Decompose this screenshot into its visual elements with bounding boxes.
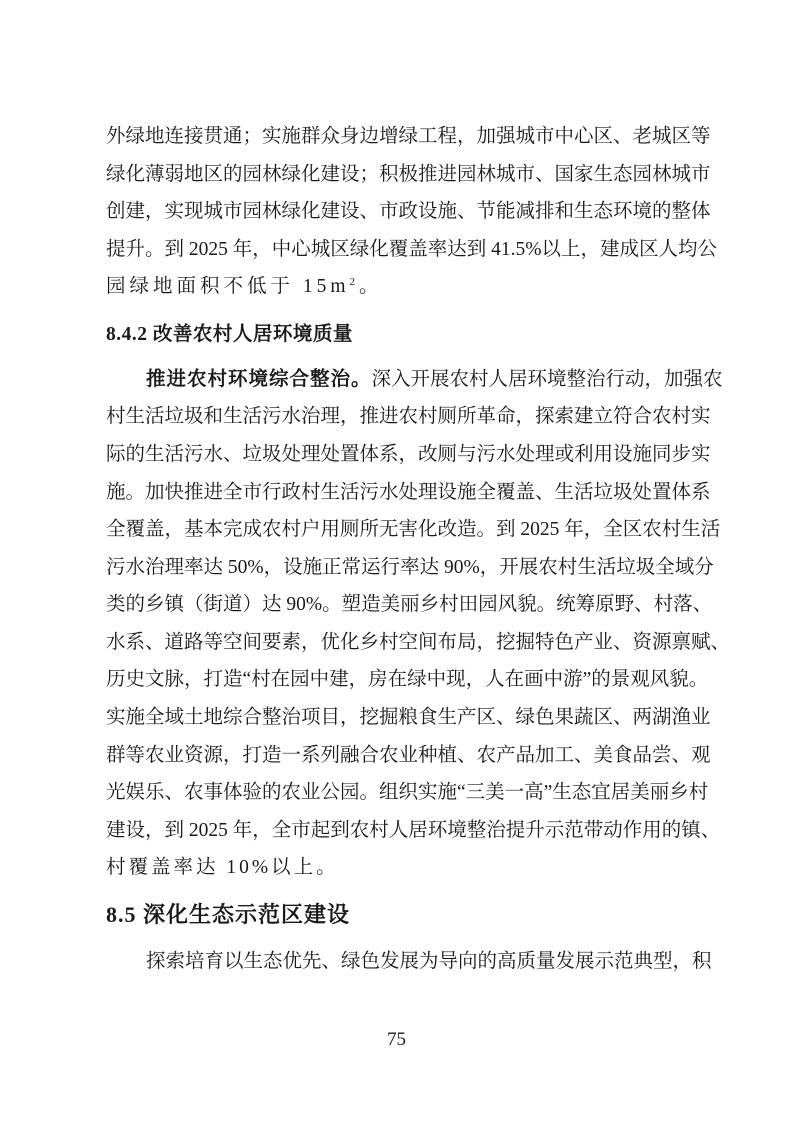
paragraph-line: 群等农业资源，打造一系列融合农业种植、农产品加工、美食品尝、观 — [106, 741, 688, 771]
paragraph-line: 实施全域土地综合整治项目，挖掘粮食生产区、绿色果蔬区、两湖渔业 — [106, 703, 688, 733]
paragraph-line: 全覆盖，基本完成农村户用厕所无害化改造。到 2025 年，全区农村生活 — [106, 515, 688, 545]
section-heading-8-4-2: 8.4.2 改善农村人居环境质量 — [106, 320, 353, 350]
line-text: 。 — [359, 276, 383, 297]
paragraph-first-line: 探索培育以生态优先、绿色发展为导向的高质量发展示范典型，积 — [146, 947, 688, 977]
paragraph-line: 外绿地连接贯通；实施群众身边增绿工程，加强城市中心区、老城区等 — [106, 122, 688, 152]
paragraph-first-line: 推进农村环境综合整治。深入开展农村人居环境整治行动，加强农 — [146, 365, 688, 395]
paragraph-line: 际的生活污水、垃圾处理处置体系，改厕与污水处理或利用设施同步实 — [106, 440, 688, 470]
bold-lead-phrase: 推进农村环境综合整治。 — [146, 369, 372, 390]
paragraph-line: 村生活垃圾和生活污水治理，推进农村厕所革命，探索建立符合农村实 — [106, 402, 688, 432]
paragraph-line-last: 园绿地面积不低于 15m2。 — [106, 272, 688, 302]
paragraph-line: 建设，到 2025 年，全市起到农村人居环境整治提升示范带动作用的镇、 — [106, 816, 688, 846]
section-heading-8-5: 8.5 深化生态示范区建设 — [106, 898, 350, 932]
paragraph-line: 提升。到 2025 年，中心城区绿化覆盖率达到 41.5%以上，建成区人均公 — [106, 235, 688, 265]
paragraph-line: 施。加快推进全市行政村生活污水处理设施全覆盖、生活垃圾处置体系 — [106, 478, 688, 508]
paragraph-line: 水系、道路等空间要素，优化乡村空间布局，挖掘特色产业、资源禀赋、 — [106, 628, 688, 658]
document-page: 外绿地连接贯通；实施群众身边增绿工程，加强城市中心区、老城区等 绿化薄弱地区的园… — [0, 0, 793, 1122]
paragraph-line: 类的乡镇（街道）达 90%。塑造美丽乡村田园风貌。统筹原野、村落、 — [106, 590, 688, 620]
paragraph-line: 创建，实现城市园林绿化建设、市政设施、节能减排和生态环境的整体 — [106, 197, 688, 227]
paragraph-line-last: 村覆盖率达 10%以上。 — [106, 853, 688, 883]
paragraph-line: 光娱乐、农事体验的农业公园。组织实施“三美一高”生态宜居美丽乡村 — [106, 778, 688, 808]
paragraph-line: 历史文脉，打造“村在园中建，房在绿中现，人在画中游”的景观风貌。 — [106, 665, 688, 695]
paragraph-line: 污水治理率达 50%，设施正常运行率达 90%，开展农村生活垃圾全域分 — [106, 553, 688, 583]
superscript: 2 — [350, 276, 360, 288]
page-number: 75 — [0, 1026, 793, 1054]
line-text: 园绿地面积不低于 15m — [106, 276, 350, 297]
line-text: 深入开展农村人居环境整治行动，加强农 — [372, 369, 723, 390]
paragraph-line: 绿化薄弱地区的园林绿化建设；积极推进园林城市、国家生态园林城市 — [106, 160, 688, 190]
